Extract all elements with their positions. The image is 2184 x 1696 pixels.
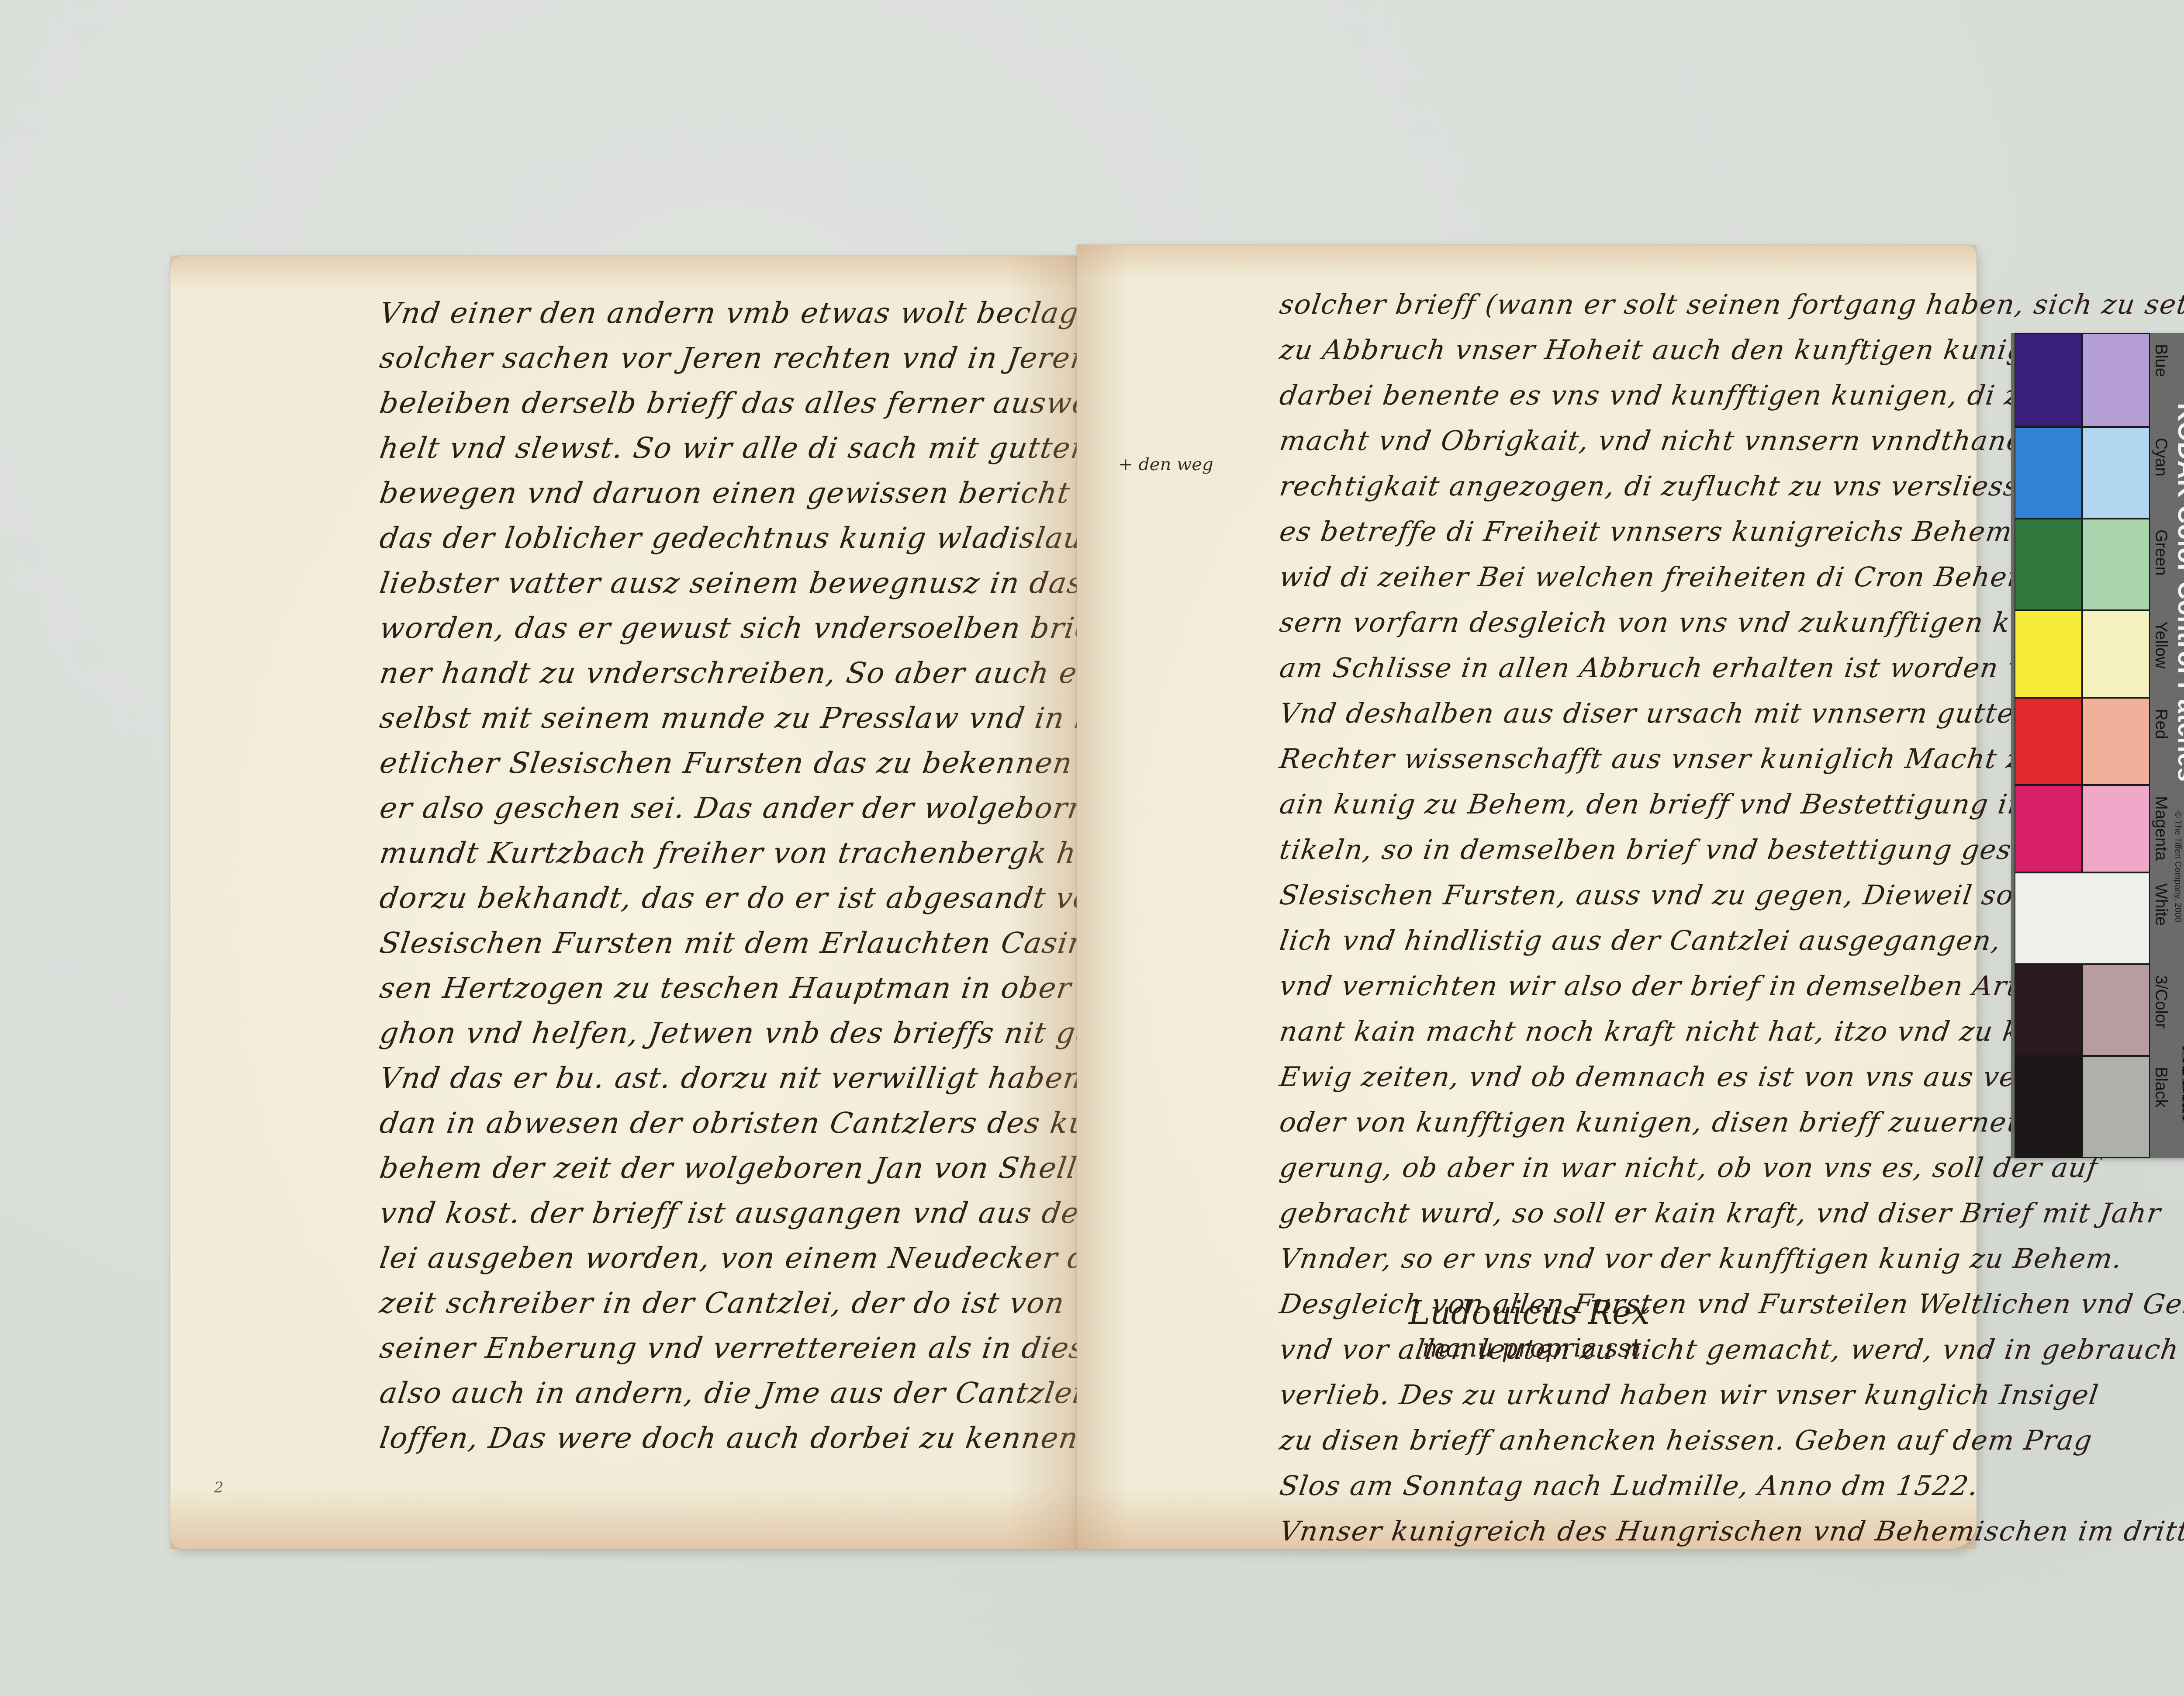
patch-row-magenta [2015, 785, 2150, 872]
patch-row-blue [2015, 333, 2150, 427]
folio-mark: 2 [214, 1479, 224, 1496]
manuscript-line: Slos am Sonntag nach Ludmille, Anno dm 1… [1277, 1463, 2184, 1509]
margin-note: + den weg [1118, 454, 1213, 474]
patch-light [2082, 964, 2150, 1056]
patch-label: Green [2151, 530, 2170, 576]
patch-label: Yellow [2151, 621, 2170, 668]
patch-row-white [2015, 872, 2150, 964]
signature-manu-propria: manu propria sst [1409, 1333, 1650, 1363]
manuscript-line: solcher brieff (wann er solt seinen fort… [1277, 282, 2184, 327]
patch-label: 3/Color [2151, 975, 2170, 1029]
patch-light [2082, 333, 2150, 427]
patch-dark [2015, 427, 2082, 519]
manuscript-line: zu disen brieff anhencken heissen. Geben… [1277, 1418, 2184, 1463]
patch-label: White [2151, 883, 2170, 926]
card-label-strip: KODAK Color Control Patches © The Tiffen… [2150, 333, 2184, 1158]
patch-dark [2015, 785, 2082, 872]
patch-dark [2015, 519, 2082, 610]
patch-label: Blue [2151, 344, 2170, 377]
patch-row-3-color [2015, 964, 2150, 1056]
manuscript-line: Vnnser kunigreich des Hungrischen vnd Be… [1277, 1509, 2184, 1554]
royal-signature: Ludouicus Rex manu propria sst [1409, 1293, 1650, 1363]
card-copyright: © The Tiffen Company, 2000 [2173, 811, 2183, 922]
patch-light [2082, 698, 2150, 785]
patch-row-black [2015, 1056, 2150, 1158]
patch-light [2082, 427, 2150, 519]
patch-row-green [2015, 519, 2150, 610]
patch-light [2082, 785, 2150, 872]
patch-dark [2015, 610, 2082, 698]
patch-row-red [2015, 698, 2150, 785]
patch-light [2082, 519, 2150, 610]
patch-label: Cyan [2151, 438, 2170, 477]
signature-name: Ludouicus Rex [1409, 1293, 1650, 1333]
card-title: KODAK Color Control Patches [2172, 403, 2184, 782]
patch-light [2082, 1056, 2150, 1158]
color-patches [2015, 333, 2150, 1158]
patch-label: Red [2151, 709, 2170, 739]
patch-label: Black [2151, 1067, 2170, 1108]
manuscript-line: verlieb. Des zu urkund haben wir vnser k… [1277, 1372, 2184, 1418]
patch-label: Magenta [2151, 796, 2170, 861]
patch-row-cyan [2015, 427, 2150, 519]
patch-white [2015, 872, 2150, 964]
patch-dark [2015, 698, 2082, 785]
patch-dark [2015, 333, 2082, 427]
manuscript-line: Vnnder, so er vns vnd vor der kunfftigen… [1277, 1236, 2184, 1281]
patch-light [2082, 610, 2150, 698]
patch-dark [2015, 964, 2082, 1056]
manuscript-line: gebracht wurd, so soll er kain kraft, vn… [1277, 1191, 2184, 1236]
patch-row-yellow [2015, 610, 2150, 698]
left-manuscript-page: Vnd einer den andern vmb etwas wolt becl… [170, 256, 1077, 1549]
kodak-color-control-card: KODAK Color Control Patches © The Tiffen… [2011, 333, 2184, 1158]
licensed-product-label: LICENSED PRODUCT [2180, 1046, 2184, 1125]
patch-dark [2015, 1056, 2082, 1158]
